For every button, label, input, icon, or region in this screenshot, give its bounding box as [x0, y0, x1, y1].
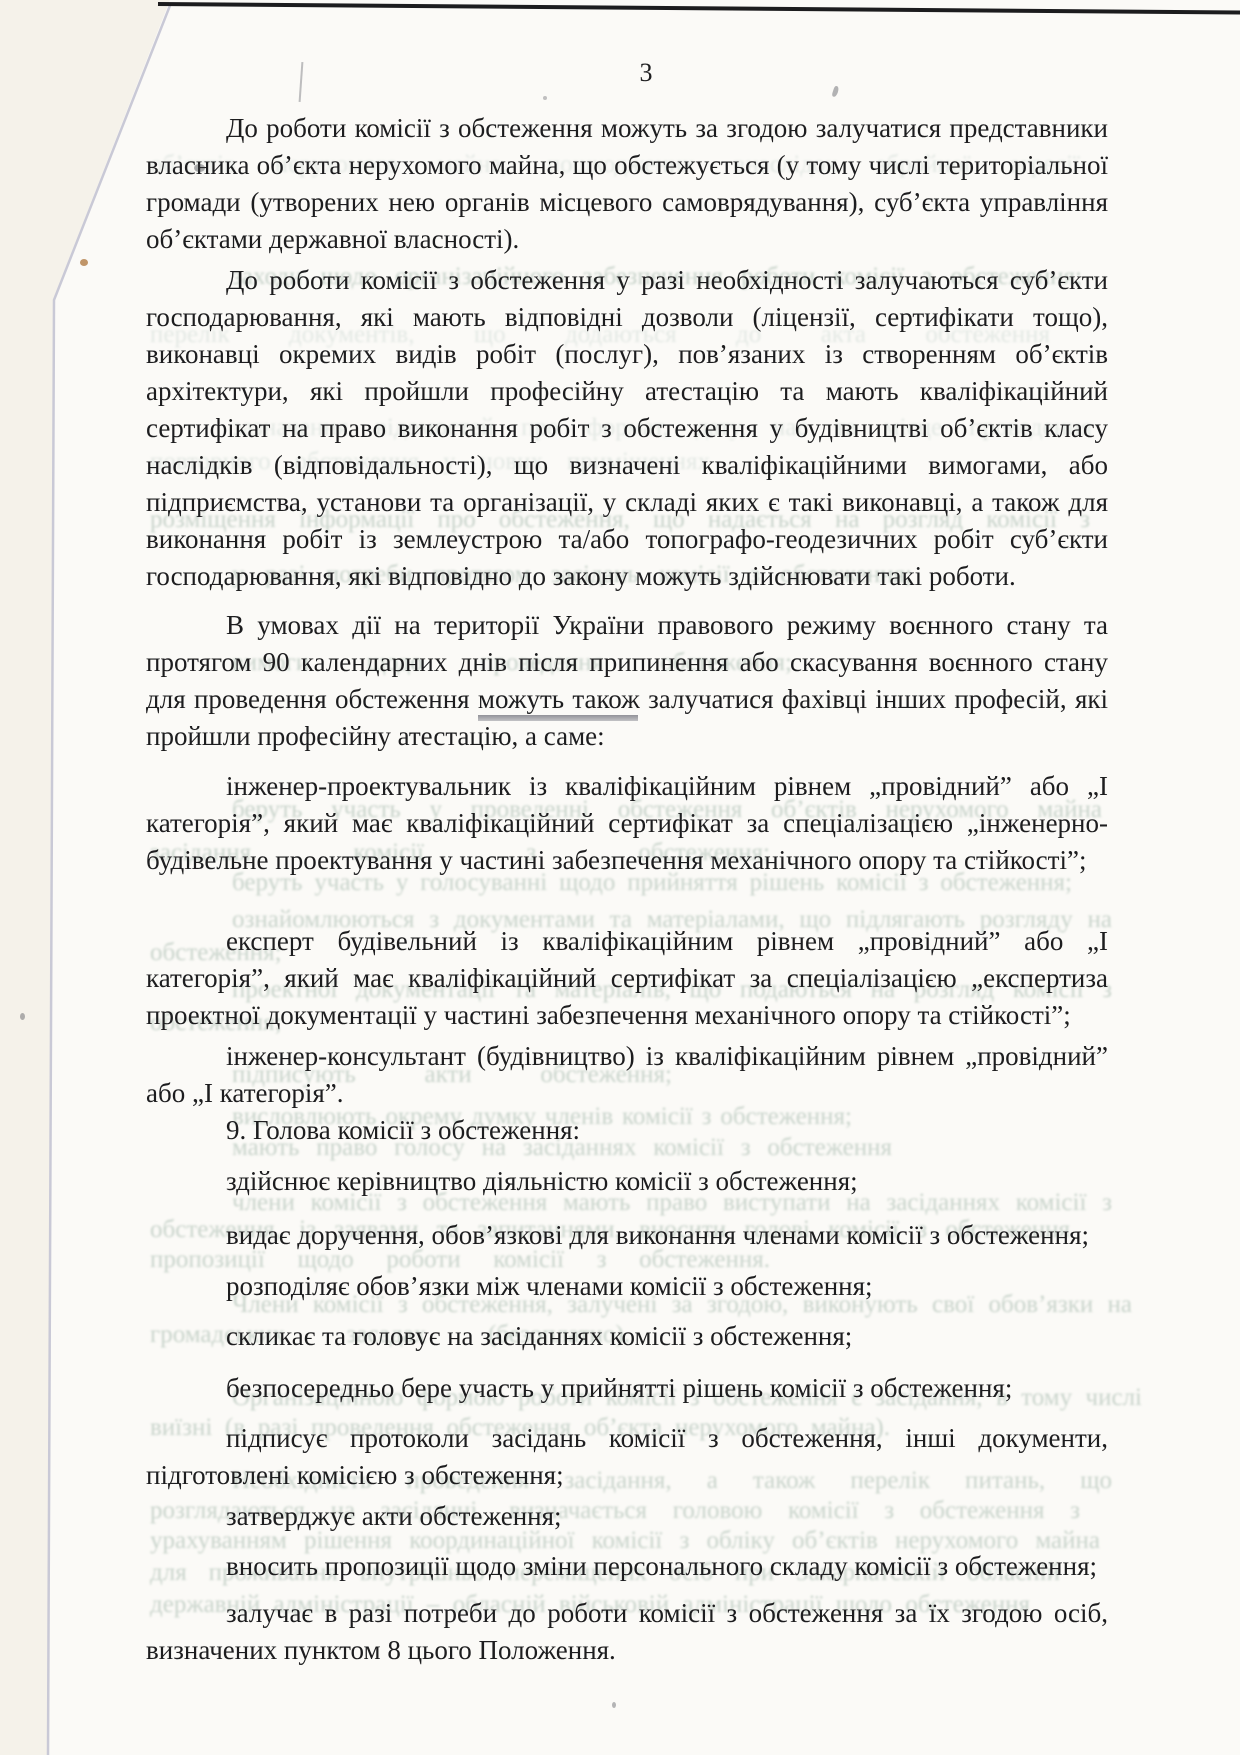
paragraph: В умовах дії на території України правов… [146, 607, 1108, 755]
scan-speck [612, 1702, 616, 1708]
scan-speck [20, 1013, 25, 1020]
list-item: вносить пропозиції щодо зміни персональн… [146, 1548, 1108, 1585]
list-item: затверджує акти обстеження; [146, 1498, 1108, 1535]
list-item: скликає та головує на засіданнях комісії… [146, 1318, 1108, 1355]
scan-comma-mark [831, 85, 839, 97]
scan-speck [80, 259, 88, 266]
list-item: підписує протоколи засідань комісії з об… [146, 1420, 1108, 1494]
scan-hair-mark [299, 62, 304, 102]
list-item: розподіляє обов’язки між членами комісії… [146, 1268, 1108, 1305]
scan-speck [543, 96, 547, 100]
paragraph: До роботи комісії з обстеження можуть за… [146, 110, 1108, 258]
scanned-document-page: 3 До роботи комісії з обстеження можуть … [0, 0, 1240, 1755]
scan-top-edge-line [158, 2, 1240, 15]
paragraph: До роботи комісії з обстеження у разі не… [146, 262, 1108, 595]
list-item: видає доручення, обов’язкові для виконан… [146, 1217, 1108, 1254]
pencil-underline-mark: можуть також [478, 684, 640, 721]
scan-smudge [194, 164, 205, 172]
paragraph: інженер-консультант (будівництво) із ква… [146, 1038, 1108, 1112]
page-number: 3 [596, 58, 696, 88]
section-heading: 9. Голова комісії з обстеження: [146, 1112, 1108, 1149]
list-item: безпосередньо бере участь у прийнятті рі… [146, 1370, 1108, 1407]
list-item: здійснює керівництво діяльністю комісії … [146, 1163, 1108, 1200]
underlined-phrase: можуть також [478, 684, 640, 714]
paragraph: експерт будівельний із кваліфікаційним р… [146, 923, 1108, 1034]
list-item: залучає в разі потреби до роботи комісії… [146, 1595, 1108, 1669]
paragraph: інженер-проектувальник із кваліфікаційни… [146, 768, 1108, 879]
